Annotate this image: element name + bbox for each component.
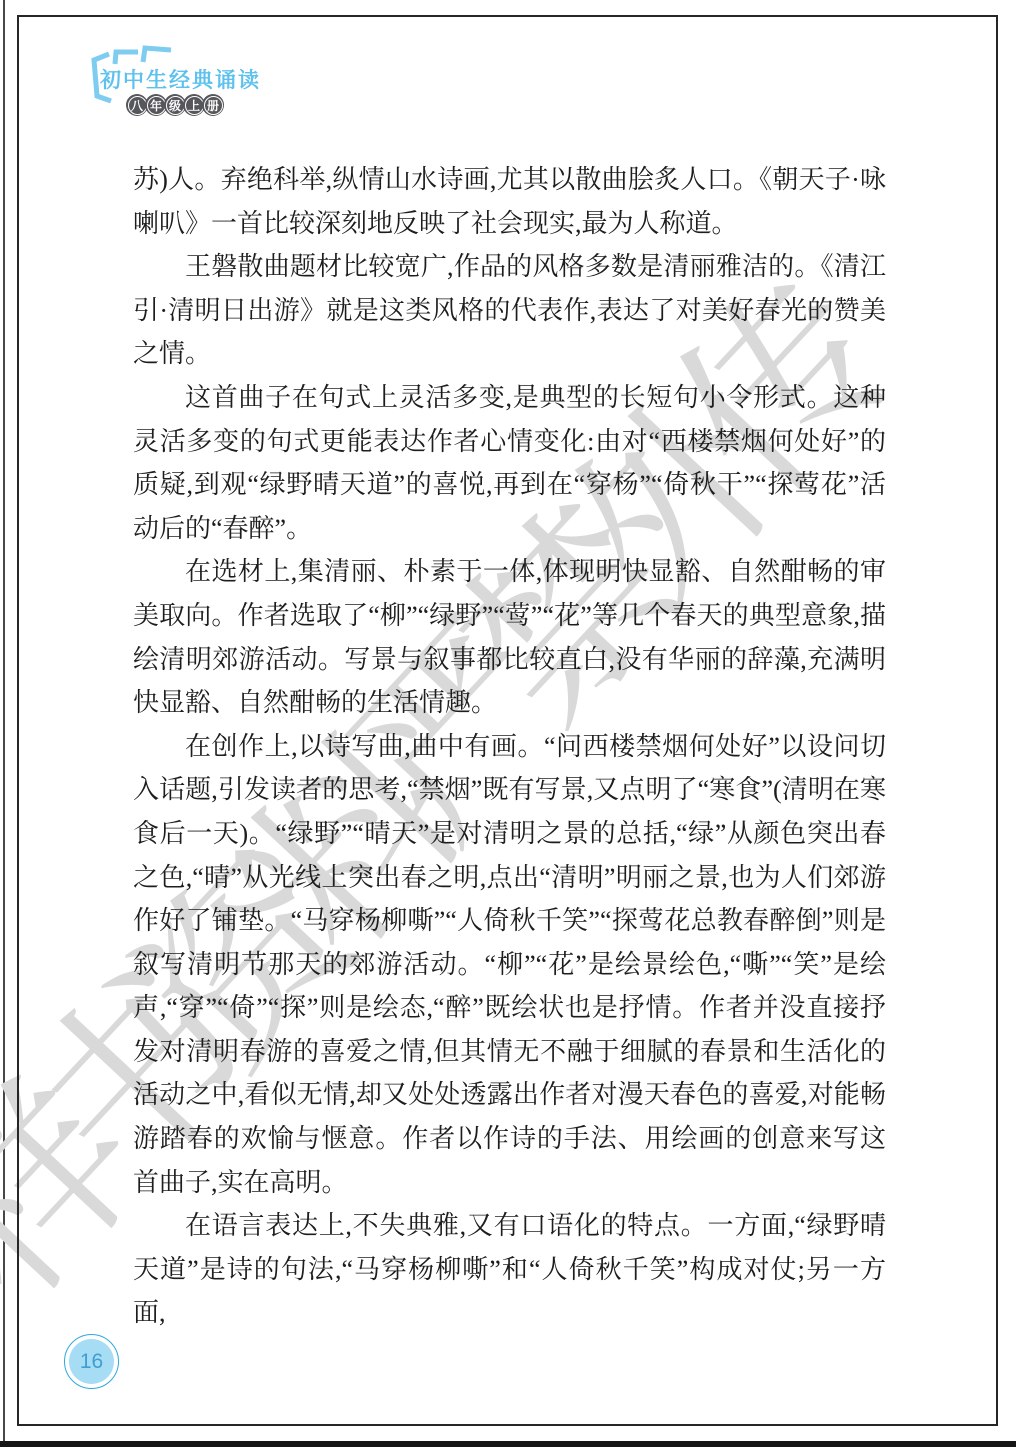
paragraph: 苏)人。弃绝科举,纵情山水诗画,尤其以散曲脍炙人口。《朝天子·咏喇叭》一首比较深… [133,158,886,245]
badge-char-text: 级 [169,97,181,114]
badge-char: 册 [202,94,224,116]
paragraph: 在语言表达上,不失典雅,又有口语化的特点。一方面,“绿野晴天道”是诗的句法,“马… [133,1204,886,1335]
series-title: 初中生经典诵读 [100,64,261,94]
paragraph: 在创作上,以诗写曲,曲中有画。“问西楼禁烟何处好”以设问切入话题,引发读者的思考… [133,725,886,1205]
body-text: 苏)人。弃绝科举,纵情山水诗画,尤其以散曲脍炙人口。《朝天子·咏喇叭》一首比较深… [133,158,886,1335]
page-number: 16 [69,1339,114,1384]
page-number-bubble: 16 [64,1334,119,1389]
paragraph: 王磐散曲题材比较宽广,作品的风格多数是清丽雅洁的。《清江引·清明日出游》就是这类… [133,245,886,376]
paragraph: 在选材上,集清丽、朴素于一体,体现明快显豁、自然酣畅的审美取向。作者选取了“柳”… [133,550,886,724]
badge-char-text: 册 [207,97,219,114]
badge-char-text: 八 [131,97,143,114]
grade-badge: 八 年 级 上 册 [126,94,221,116]
scan-edge-bottom [0,1441,1016,1447]
book-page: 样书资料严禁外传 初中生经典诵读 八 年 级 上 册 苏)人。弃绝科举,纵情山水… [0,0,1016,1447]
badge-char-text: 上 [188,97,200,114]
paragraph: 这首曲子在句式上灵活多变,是典型的长短句小令形式。这种灵活多变的句式更能表达作者… [133,376,886,550]
badge-char-text: 年 [150,97,162,114]
